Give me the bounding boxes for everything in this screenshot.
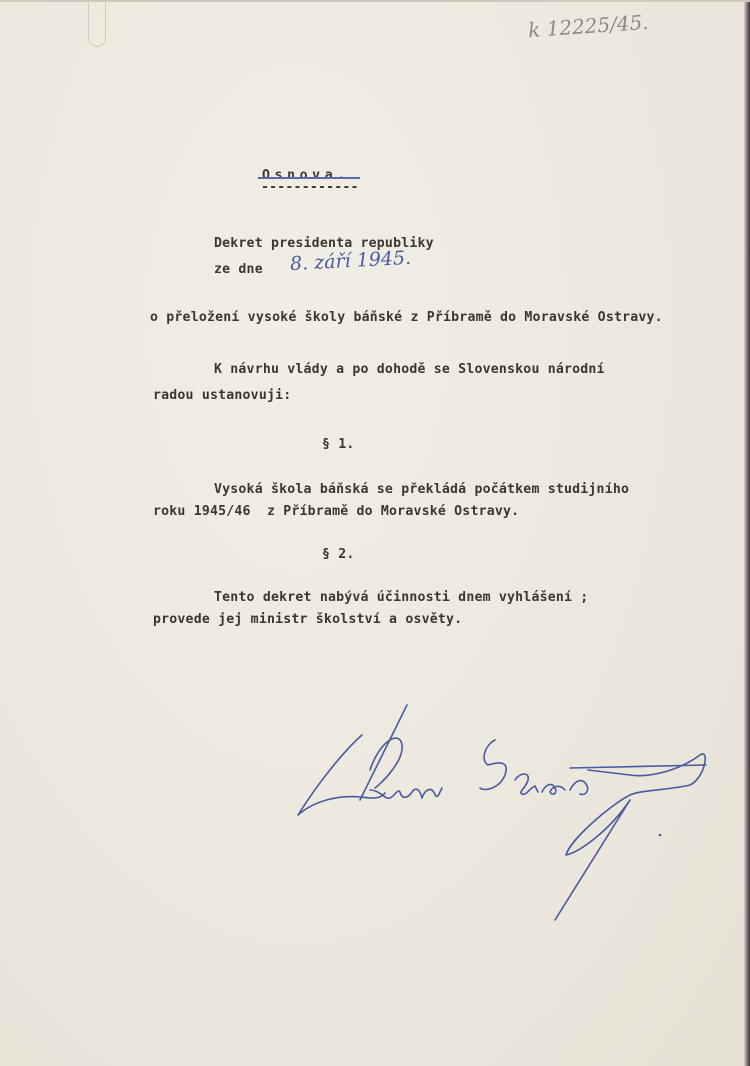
- signature: [290, 700, 720, 930]
- handwritten-date: 8. září 1945.: [290, 247, 412, 275]
- title-strikethrough: [258, 177, 360, 179]
- section-1-number: § 1.: [322, 437, 355, 452]
- date-label: ze dne: [214, 262, 263, 277]
- section-2-number: § 2.: [322, 547, 355, 562]
- paper-stain: [88, 0, 106, 47]
- title-underline: ------------: [261, 180, 359, 195]
- page-edge: [744, 0, 750, 1066]
- preamble-line-2: radou ustanovuji:: [153, 388, 291, 403]
- section-1-line-1: Vysoká škola báňská se překládá počátkem…: [214, 482, 629, 497]
- archive-number: k 12225/45.: [527, 10, 649, 42]
- preamble-line-1: K návrhu vlády a po dohodě se Slovenskou…: [214, 362, 605, 377]
- section-2-line-1: Tento dekret nabývá účinnosti dnem vyhlá…: [214, 590, 588, 605]
- document-page: k 12225/45. Osnova. ------------ Dekret …: [0, 0, 744, 1066]
- decree-subject: o přeložení vysoké školy báňské z Příbra…: [150, 310, 663, 325]
- page-top-edge: [0, 0, 750, 2]
- section-2-line-2: provede jej ministr školství a osvěty.: [153, 612, 462, 627]
- section-1-line-2: roku 1945/46 z Příbramě do Moravské Ostr…: [153, 504, 519, 519]
